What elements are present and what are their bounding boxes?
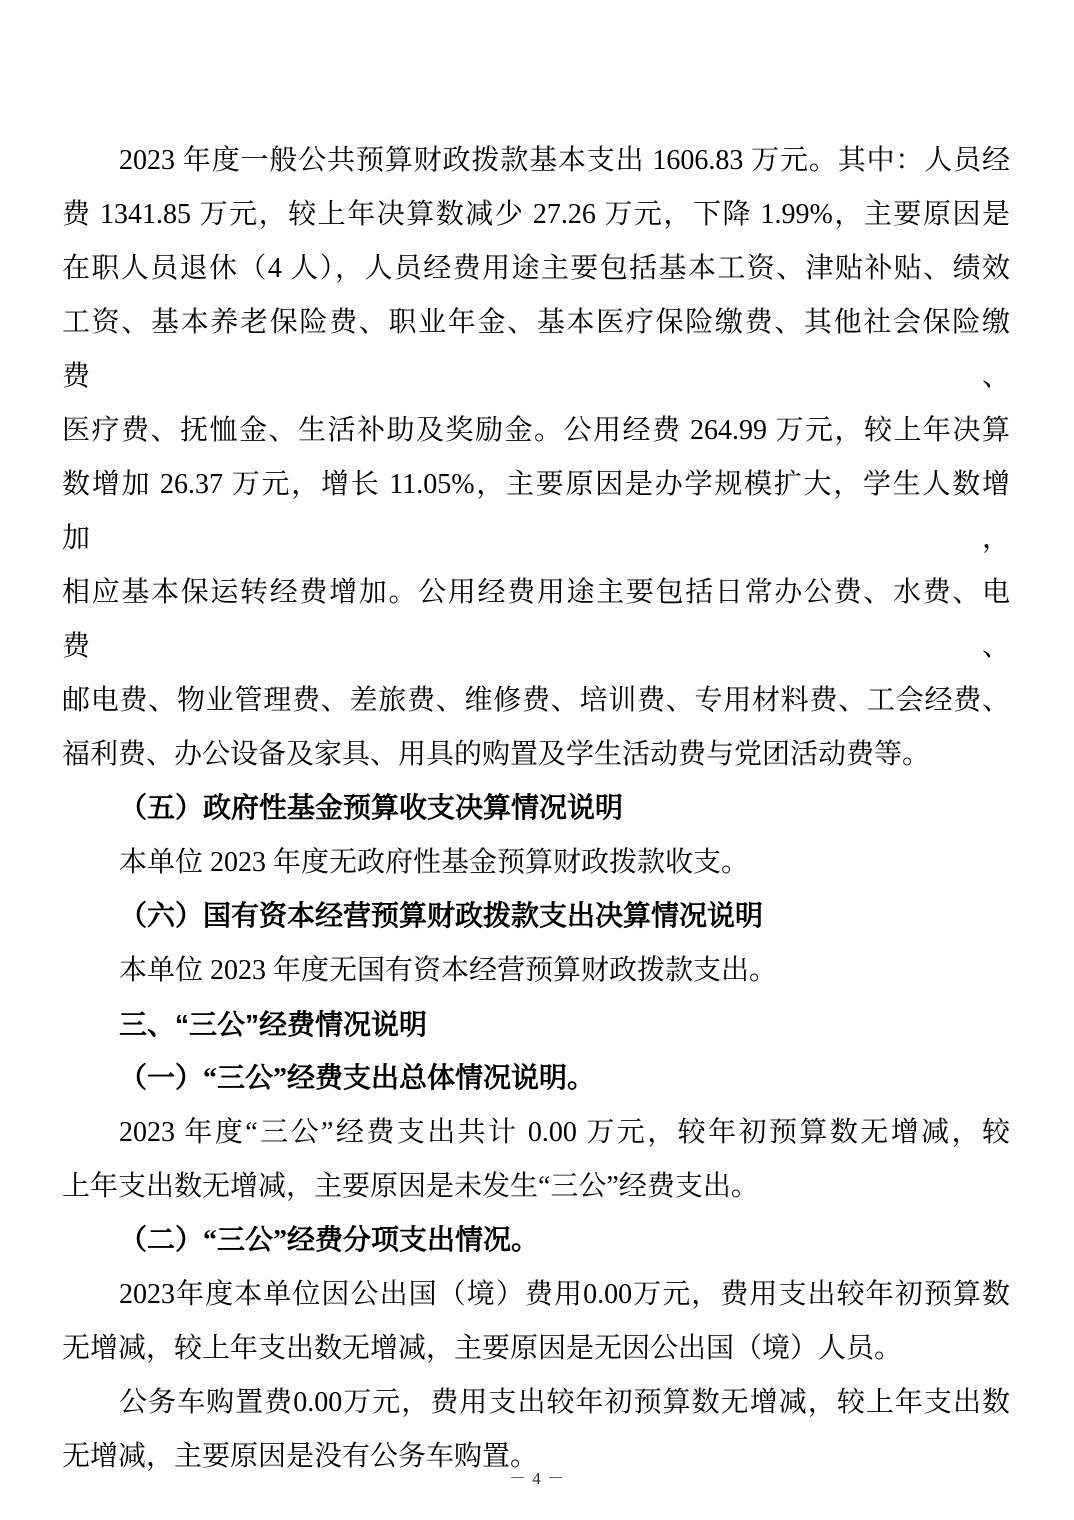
heading-three-gong-expenses: 三、“三公”经费情况说明 — [62, 998, 1010, 1052]
paragraph-line: 公务车购置费0.00万元，费用支出较年初预算数无增减，较上年支出数 — [62, 1376, 1010, 1430]
page-number: － 4 － — [509, 1469, 565, 1488]
heading-section-six: （六）国有资本经营预算财政拨款支出决算情况说明 — [62, 890, 1010, 944]
paragraph-line: 2023 年度“三公”经费支出共计 0.00 万元，较年初预算数无增减，较 — [62, 1106, 1010, 1160]
paragraph-line: 2023年度本单位因公出国（境）费用0.00万元，费用支出较年初预算数 — [62, 1268, 1010, 1322]
paragraph-line: 费 1341.85 万元，较上年决算数减少 27.26 万元，下降 1.99%，… — [62, 188, 1010, 242]
paragraph-line: 邮电费、物业管理费、差旅费、维修费、培训费、专用材料费、工会经费、 — [62, 674, 1010, 728]
paragraph-line: 工资、基本养老保险费、职业年金、基本医疗保险缴费、其他社会保险缴费、 — [62, 296, 1010, 404]
page-footer: － 4 － — [0, 1464, 1074, 1494]
paragraph-line: 在职人员退休（4 人），人员经费用途主要包括基本工资、津贴补贴、绩效 — [62, 242, 1010, 296]
document-body: 2023 年度一般公共预算财政拨款基本支出 1606.83 万元。其中：人员经 … — [62, 134, 1010, 1484]
paragraph-line: 无增减，较上年支出数无增减，主要原因是无因公出国（境）人员。 — [62, 1322, 1010, 1376]
paragraph-line: 福利费、办公设备及家具、用具的购置及学生活动费与党团活动费等。 — [62, 728, 1010, 782]
paragraph-line: 上年支出数无增减，主要原因是未发生“三公”经费支出。 — [62, 1160, 1010, 1214]
document-page: 2023 年度一般公共预算财政拨款基本支出 1606.83 万元。其中：人员经 … — [0, 0, 1074, 1520]
paragraph-line: 本单位 2023 年度无政府性基金预算财政拨款收支。 — [62, 836, 1010, 890]
paragraph-line: 2023 年度一般公共预算财政拨款基本支出 1606.83 万元。其中：人员经 — [62, 134, 1010, 188]
paragraph-line: 数增加 26.37 万元，增长 11.05%，主要原因是办学规模扩大，学生人数增… — [62, 458, 1010, 566]
paragraph-line: 相应基本保运转经费增加。公用经费用途主要包括日常办公费、水费、电费、 — [62, 566, 1010, 674]
heading-sub-two: （二）“三公”经费分项支出情况。 — [62, 1214, 1010, 1268]
paragraph-line: 本单位 2023 年度无国有资本经营预算财政拨款支出。 — [62, 944, 1010, 998]
heading-sub-one: （一）“三公”经费支出总体情况说明。 — [62, 1052, 1010, 1106]
paragraph-line: 医疗费、抚恤金、生活补助及奖励金。公用经费 264.99 万元，较上年决算 — [62, 404, 1010, 458]
heading-section-five: （五）政府性基金预算收支决算情况说明 — [62, 782, 1010, 836]
